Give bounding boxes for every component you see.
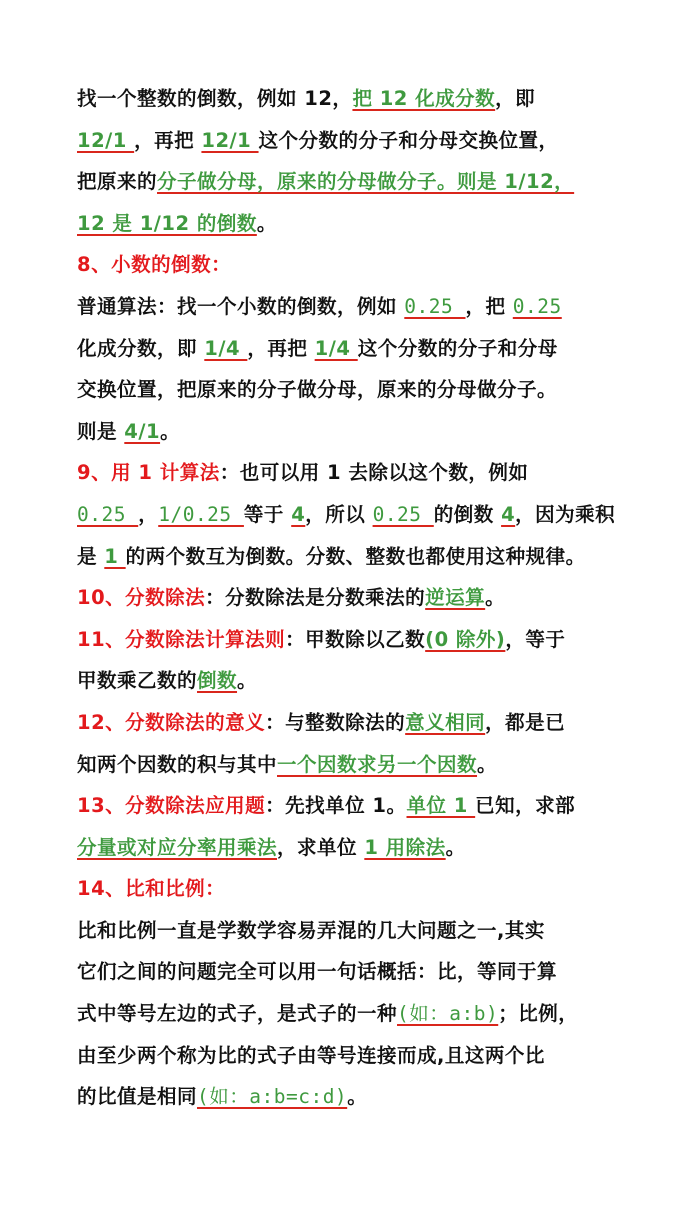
body-text: 。: [485, 586, 505, 609]
answer-blank: 12/1: [201, 129, 258, 152]
answer-blank: 0.25: [373, 503, 434, 526]
body-text: 。: [477, 753, 497, 776]
text-line: 化成分数，即 1/4 ，再把 1/4 这个分数的分子和分母: [77, 328, 637, 370]
section-heading: 11、分数除法计算法则: [77, 628, 285, 651]
text-line: 则是 4/1。: [77, 411, 637, 453]
text-line: 是 1 的两个数互为倒数。分数、整数也都使用这种规律。: [77, 536, 637, 578]
body-text: 。: [160, 420, 180, 443]
body-text: 则是: [77, 420, 124, 443]
answer-blank: 分量或对应分率用乘法: [77, 836, 277, 859]
body-text: 甲数乘乙数的: [77, 669, 197, 692]
body-text: 的两个数互为倒数。分数、整数也都使用这种规律。: [126, 545, 586, 568]
body-text: 等于: [244, 503, 291, 526]
text-line: 14、比和比例：: [77, 868, 637, 910]
body-text: 化成分数，即: [77, 337, 204, 360]
body-text: ：与整数除法的: [265, 711, 405, 734]
body-text: 交换位置，把原来的分子做分母，原来的分母做分子。: [77, 378, 557, 401]
text-line: 由至少两个称为比的式子由等号连接而成,且这两个比: [77, 1035, 637, 1077]
body-text: ，: [138, 503, 158, 526]
text-line: 的比值是相同(如：a:b=c:d)。: [77, 1076, 637, 1118]
answer-blank: 单位 1: [407, 794, 476, 817]
text-line: 比和比例一直是学数学容易弄混的几大问题之一,其实: [77, 910, 637, 952]
body-text: ，求单位: [277, 836, 364, 859]
body-text: ，再把: [134, 129, 201, 152]
body-text: ：甲数除以乙数: [285, 628, 425, 651]
body-text: 是: [77, 545, 104, 568]
text-line: 12/1 ，再把 12/1 这个分数的分子和分母交换位置，: [77, 120, 637, 162]
body-text: ，所以: [305, 503, 372, 526]
answer-blank: 1/4: [204, 337, 247, 360]
answer-blank: 4/1: [124, 420, 160, 443]
body-text: 它们之间的问题完全可以用一句话概括：比，等同于算: [77, 960, 557, 983]
body-text: 找一个整数的倒数，例如 12，: [77, 87, 352, 110]
body-text: 的比值是相同: [77, 1085, 197, 1108]
text-line: 8、小数的倒数：: [77, 244, 637, 286]
body-text: 。: [446, 836, 466, 859]
answer-blank: 倒数: [197, 669, 237, 692]
text-line: 知两个因数的积与其中一个因数求另一个因数。: [77, 744, 637, 786]
body-text: 比和比例一直是学数学容易弄混的几大问题之一,其实: [77, 919, 545, 942]
body-text: ，再把: [247, 337, 314, 360]
text-line: 9、用 1 计算法：也可以用 1 去除以这个数，例如: [77, 452, 637, 494]
text-line: 分量或对应分率用乘法，求单位 1 用除法。: [77, 827, 637, 869]
body-text: ：先找单位 1。: [265, 794, 406, 817]
body-text: ，都是已: [485, 711, 565, 734]
answer-blank: 1 用除法: [364, 836, 445, 859]
text-line: 把原来的分子做分母，原来的分母做分子。则是 1/12，: [77, 161, 637, 203]
answer-blank: 12/1: [77, 129, 134, 152]
body-text: 普通算法：找一个小数的倒数，例如: [77, 295, 404, 318]
body-text: 的倒数: [434, 503, 501, 526]
body-text: 由至少两个称为比的式子由等号连接而成,且这两个比: [77, 1044, 545, 1067]
text-line: 12 是 1/12 的倒数。: [77, 203, 637, 245]
answer-blank: (如：a:b): [397, 1002, 498, 1025]
body-text: 已知，求部: [475, 794, 575, 817]
section-heading: 13、分数除法应用题: [77, 794, 265, 817]
body-text: 把原来的: [77, 170, 157, 193]
text-line: 13、分数除法应用题：先找单位 1。单位 1 已知，求部: [77, 785, 637, 827]
section-heading: 12、分数除法的意义: [77, 711, 265, 734]
body-text: ，把: [466, 295, 513, 318]
section-heading: 14、比和比例：: [77, 877, 225, 900]
body-text: 知两个因数的积与其中: [77, 753, 277, 776]
answer-blank: 4: [501, 503, 515, 526]
body-text: 。: [347, 1085, 367, 1108]
section-heading: 9、用 1 计算法: [77, 461, 220, 484]
answer-blank: 一个因数求另一个因数: [277, 753, 477, 776]
answer-blank: 把 12 化成分数: [352, 87, 495, 110]
text-line: 普通算法：找一个小数的倒数，例如 0.25 ，把 0.25: [77, 286, 637, 328]
section-heading: 10、分数除法: [77, 586, 205, 609]
section-heading: 8、小数的倒数：: [77, 253, 231, 276]
body-text: ；比例，: [498, 1002, 578, 1025]
answer-blank: 12 是 1/12 的倒数: [77, 212, 257, 235]
text-line: 它们之间的问题完全可以用一句话概括：比，等同于算: [77, 951, 637, 993]
body-text: 这个分数的分子和分母交换位置，: [259, 129, 559, 152]
body-text: 。: [257, 212, 277, 235]
text-line: 10、分数除法：分数除法是分数乘法的逆运算。: [77, 577, 637, 619]
answer-blank: 4: [291, 503, 305, 526]
answer-blank: 0.25: [404, 295, 465, 318]
answer-blank: 逆运算: [425, 586, 485, 609]
body-text: 。: [237, 669, 257, 692]
answer-blank: 意义相同: [405, 711, 485, 734]
body-text: ，即: [495, 87, 535, 110]
answer-blank: 分子做分母，原来的分母做分子。则是 1/12，: [157, 170, 574, 193]
answer-blank: 1/0.25: [158, 503, 244, 526]
answer-blank: 0.25: [77, 503, 138, 526]
text-line: 式中等号左边的式子，是式子的一种(如：a:b)；比例，: [77, 993, 637, 1035]
answer-blank: (如：a:b=c:d): [197, 1085, 347, 1108]
text-line: 12、分数除法的意义：与整数除法的意义相同，都是已: [77, 702, 637, 744]
text-line: 0.25 ，1/0.25 等于 4，所以 0.25 的倒数 4，因为乘积: [77, 494, 637, 536]
answer-blank: 1/4: [315, 337, 358, 360]
body-text: 这个分数的分子和分母: [358, 337, 558, 360]
text-line: 交换位置，把原来的分子做分母，原来的分母做分子。: [77, 369, 637, 411]
text-line: 11、分数除法计算法则：甲数除以乙数(0 除外)，等于: [77, 619, 637, 661]
answer-blank: 0.25: [513, 295, 562, 318]
body-text: 式中等号左边的式子，是式子的一种: [77, 1002, 397, 1025]
answer-blank: 1: [104, 545, 125, 568]
body-text: ：也可以用 1 去除以这个数，例如: [220, 461, 529, 484]
text-line: 找一个整数的倒数，例如 12，把 12 化成分数，即: [77, 78, 637, 120]
body-text: ，因为乘积: [515, 503, 615, 526]
body-text: ：分数除法是分数乘法的: [205, 586, 425, 609]
text-line: 甲数乘乙数的倒数。: [77, 660, 637, 702]
document-page: 找一个整数的倒数，例如 12，把 12 化成分数，即12/1 ，再把 12/1 …: [77, 78, 637, 1118]
answer-blank: (0 除外): [425, 628, 505, 651]
body-text: ，等于: [505, 628, 565, 651]
